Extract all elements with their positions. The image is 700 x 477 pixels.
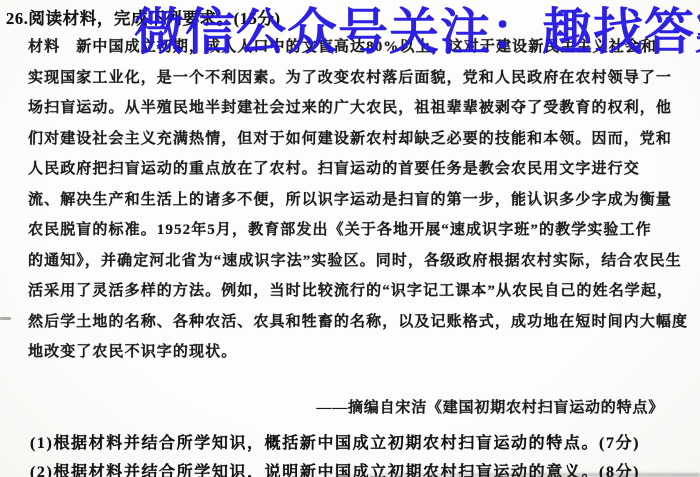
material-line: 实现国家工业化，是一个不利因素。为了改变农村落后面貌，党和人民政府在农村领导了一 <box>28 63 696 94</box>
sub-question-1: (1)根据材料并结合所学知识，概括新中国成立初期农村扫盲运动的特点。(7分) <box>30 430 640 453</box>
material-paragraph: 材料 新中国成立初期，成人人口中的文盲高达80%以上，这对于建设新民主主义社会和… <box>28 32 696 368</box>
exam-page: 26.阅读材料，完成下列要求。(15分) 材料 新中国成立初期，成人人口中的文盲… <box>0 0 700 477</box>
material-line: 的通知》，并确定河北省为“速成识字法”实验区。同时，各级政府根据农村实际，结合农… <box>28 246 696 277</box>
scan-shadow <box>260 473 700 477</box>
source-attribution: ——摘编自宋洁《建国初期农村扫盲运动的特点》 <box>316 396 664 417</box>
material-line: 农民脱盲的标准。1952年5月，教育部发出《关于各地开展“速成识字班”的教学实验… <box>28 215 696 246</box>
material-line: 场扫盲运动。从半殖民地半封建社会过来的广大农民，祖祖辈辈被剥夺了受教育的权利，他 <box>28 93 696 124</box>
material-line: 活采用了灵活多样的方法。例如，当时比较流行的“识字记工课本”从农民自己的姓名学起… <box>28 276 696 307</box>
material-line: 地改变了农民不识字的现状。 <box>28 337 696 368</box>
material-line: 人民政府把扫盲运动的重点放在了农村。扫盲运动的首要任务是教会农民用文字进行交 <box>28 154 696 185</box>
question-number-line: 26.阅读材料，完成下列要求。(15分) <box>6 5 281 29</box>
material-line: 们对建设社会主义充满热情，但对于如何建设新农村却缺乏必要的技能和本领。因而，党和 <box>28 124 696 155</box>
material-line: 然后学土地的名称、各种农活、农具和牲畜的名称，以及记账格式，成功地在短时间内大幅… <box>28 307 696 338</box>
material-line: 流、解决生产和生活上的诸多不便，所以识字运动是扫盲的第一步，能认识多少字成为衡量 <box>28 185 696 216</box>
scan-artifact-dash <box>0 317 11 320</box>
material-line: 材料 新中国成立初期，成人人口中的文盲高达80%以上，这对于建设新民主主义社会和 <box>28 32 696 63</box>
